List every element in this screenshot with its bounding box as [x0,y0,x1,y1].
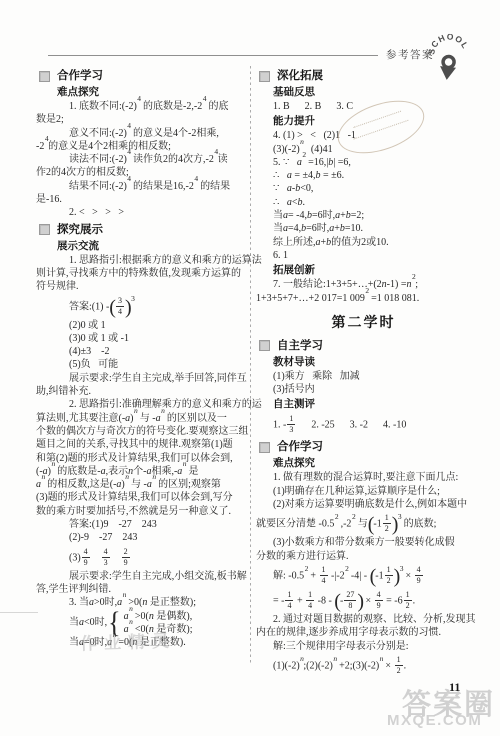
text-line: 数的乘方时要加括号,不然就是另一种意义了. [36,505,247,518]
text-line: (3)0 或 1 或 -1 [69,332,247,345]
section-header-label: 合作学习 [277,439,323,455]
text-line: 题目之间的关系,寻找其中的规律.观察第(1)题 [36,438,247,451]
column-divider-dashed [250,66,251,664]
text-line: 是-16. [36,193,247,206]
text-line: 解: -0.52 + 14 -|-22 -4| - (-112)3 × 49 [273,563,471,588]
fraction: 49 [415,566,423,585]
text-line: = -14 + 14 -8 - (-278) × 49 = -612. [273,588,471,613]
fraction: 12 [404,591,412,610]
left-column: 合作学习难点探究1. 底数不同:(-2)4 的底数是-2,-24 的底数是2;意… [36,66,247,649]
text-line: (3)49 43 29 [69,545,247,570]
text-line: an 的相反数,这是(-a)n 与 -an 的区别;观察第 [36,478,247,491]
scanned-answer-page: 参考答案 SCHOOL 合作学习难点探究1. 底数不同:(-2)4 的底数是-2… [0,0,500,736]
text-line: 当a=4,b=6时,a+b=10. [273,222,471,235]
text-line: 当a= -4,b=6时,a+b=2; [273,209,471,222]
text-line: (2)对乘方运算要明确底数是什么,例如本题中 [273,498,471,511]
text-line: 综上所述,a+b的值为2或10. [273,236,471,249]
fraction: 12 [385,566,393,585]
text-line: 6. 1 [273,249,471,262]
text-line: 解:三个规律用字母表示分别是: [273,640,471,653]
watermark-left: 作业精灵 [80,626,177,654]
section-header: 深化拓展 [256,68,471,84]
text-line: (1)明确存在几种运算,运算顺序是什么; [273,485,471,498]
text-line: 助,纠错补充. [36,385,247,398]
text-line: 内在的规律,逐步养成用字母表示数的习惯. [256,626,471,639]
text-line: 和第(2)题的形式及计算结果,我们可以体会到, [36,452,247,465]
text-line: 数是2; [36,113,247,126]
section-header-label: 自主学习 [277,338,323,354]
text-line: 1. 做有理数的混合运算时,要注意下面几点: [273,471,471,484]
header-rule [48,55,378,56]
text-line: 算法则,尤其要注意(-a)n 与 -an 的区别以及一 [36,412,247,425]
text-line: (4)±3 -2 [69,345,247,358]
section-header-label: 深化拓展 [277,68,323,84]
text-line: (1)乘方 乘除 加减 [273,370,471,383]
text-line: 答案:(1)9 -27 243 [69,518,247,531]
text-line: 1. 思路指引:根据乘方的意义和乘方的运算法 [69,254,247,267]
section-marker-icon [259,71,270,82]
section-marker-icon [39,71,50,82]
sub-header: 难点探究 [273,456,471,470]
fraction: 12 [383,514,391,533]
text-line: 作2的4次方的相反数; [36,166,247,179]
text-line: (-a)n 的底数是-a,表示n个-a相乘,-an 是 [36,465,247,478]
text-line: 答案:(1) -(34)3 [69,294,247,319]
section-marker-icon [259,340,270,351]
section-header-label: 探究展示 [57,222,103,238]
text-line: (5)负 可能 [69,358,247,371]
watermark-site: MXQE.COM [387,712,482,729]
sub-header: 教材导读 [273,355,471,369]
text-line: 展示要求:学生自主完成,小组交流,板书解 [69,570,247,583]
fraction: 29 [122,548,130,567]
text-line: 1. 底数不同:(-2)4 的底数是-2,-24 的底 [69,100,247,113]
section-marker-icon [259,442,270,453]
sub-header: 基础反思 [273,85,471,99]
text-line: 就要区分清楚 -0.52 ,-22 与(-112)3 的底数; [256,511,471,536]
text-line: (2)-9 -27 243 [69,531,247,544]
sub-header: 拓展创新 [273,263,471,277]
text-line: 2. 通过对题目数据的观察、比较、分析,发现其 [273,613,471,626]
text-line: (1)(-2)n;(2)(-2)n +2;(3)(-2)n × 12. [273,653,471,678]
fraction: 34 [116,297,124,316]
fraction: 14 [285,591,293,610]
text-line: (3)小数乘方和带分数乘方一般要转化成假 [273,536,471,549]
text-line: (2)0 或 1 [69,319,247,332]
fraction: 49 [375,591,383,610]
text-line: (3)题的形式及计算结果,我们可以体会到,写分 [36,491,247,504]
text-line: (3)括号内 [273,383,471,396]
scan-artifact-line [0,612,38,613]
text-line: 读法不同:(-2)4 读作负2的4次方,-24读 [69,153,247,166]
text-line: 意义不同:(-2)4 的意义是4个-2相乘, [69,127,247,140]
text-line: 2. < > > > [69,206,247,219]
text-line: 符号规律. [36,280,247,293]
fraction: 49 [82,548,90,567]
text-line: 结果不同:(-2)4 的结果是16,-24 的结果 [69,180,247,193]
text-line: 展示要求:学生自主完成,举手回答,同伴互 [69,372,247,385]
text-line: 个数的偶次方与奇次方的符号变化.要观察这三组 [36,425,247,438]
right-column: 深化拓展基础反思1. B 2. B 3. C能力提升4. (1) > < (2)… [256,66,471,678]
fraction: 278 [344,591,356,610]
text-line: 1+3+5+7+…+2 017=1 0092 =1 018 081. [256,292,471,305]
fraction: 43 [102,548,110,567]
section-header: 合作学习 [36,68,247,84]
section-marker-icon [39,224,50,235]
sub-header: 展示交流 [57,239,247,253]
text-line: ∴ a = ±4,b = ±6. [273,169,471,182]
fraction: 14 [320,566,328,585]
text-line: 7. 一般结论:1+3+5+…+(2n-1) =n2; [273,278,471,291]
section-header: 自主学习 [256,338,471,354]
text-line: ∵ a-b<0, [273,182,471,195]
section-header: 合作学习 [256,439,471,455]
sub-header: 难点探究 [57,85,247,99]
text-line: ∴ a<b. [273,196,471,209]
section-header-label: 合作学习 [57,68,103,84]
text-line: 2. 思路指引:准确理解乘方的意义和乘方的运 [69,398,247,411]
fraction: 13 [287,415,295,434]
fraction: 12 [395,656,403,675]
text-line: 5. ∵ a2 =16,|b| =6, [273,156,471,169]
page-number: 11 [449,680,460,695]
text-line: 答,学生评判纠错. [36,583,247,596]
section-header: 探究展示 [36,222,247,238]
fraction: 14 [306,591,314,610]
lesson-title: 第二学时 [256,312,471,332]
text-line: 3. 当a>0时,an >0(n 是正整数); [69,596,247,609]
sub-header: 自主测评 [273,397,471,411]
text-line: 分数的乘方进行运算. [256,550,471,563]
text-line: 1. -13 2. -25 3. -2 4. -10 [273,412,471,437]
text-line: 则计算,寻找乘方中的特殊数值,发现乘方运算的 [36,267,247,280]
